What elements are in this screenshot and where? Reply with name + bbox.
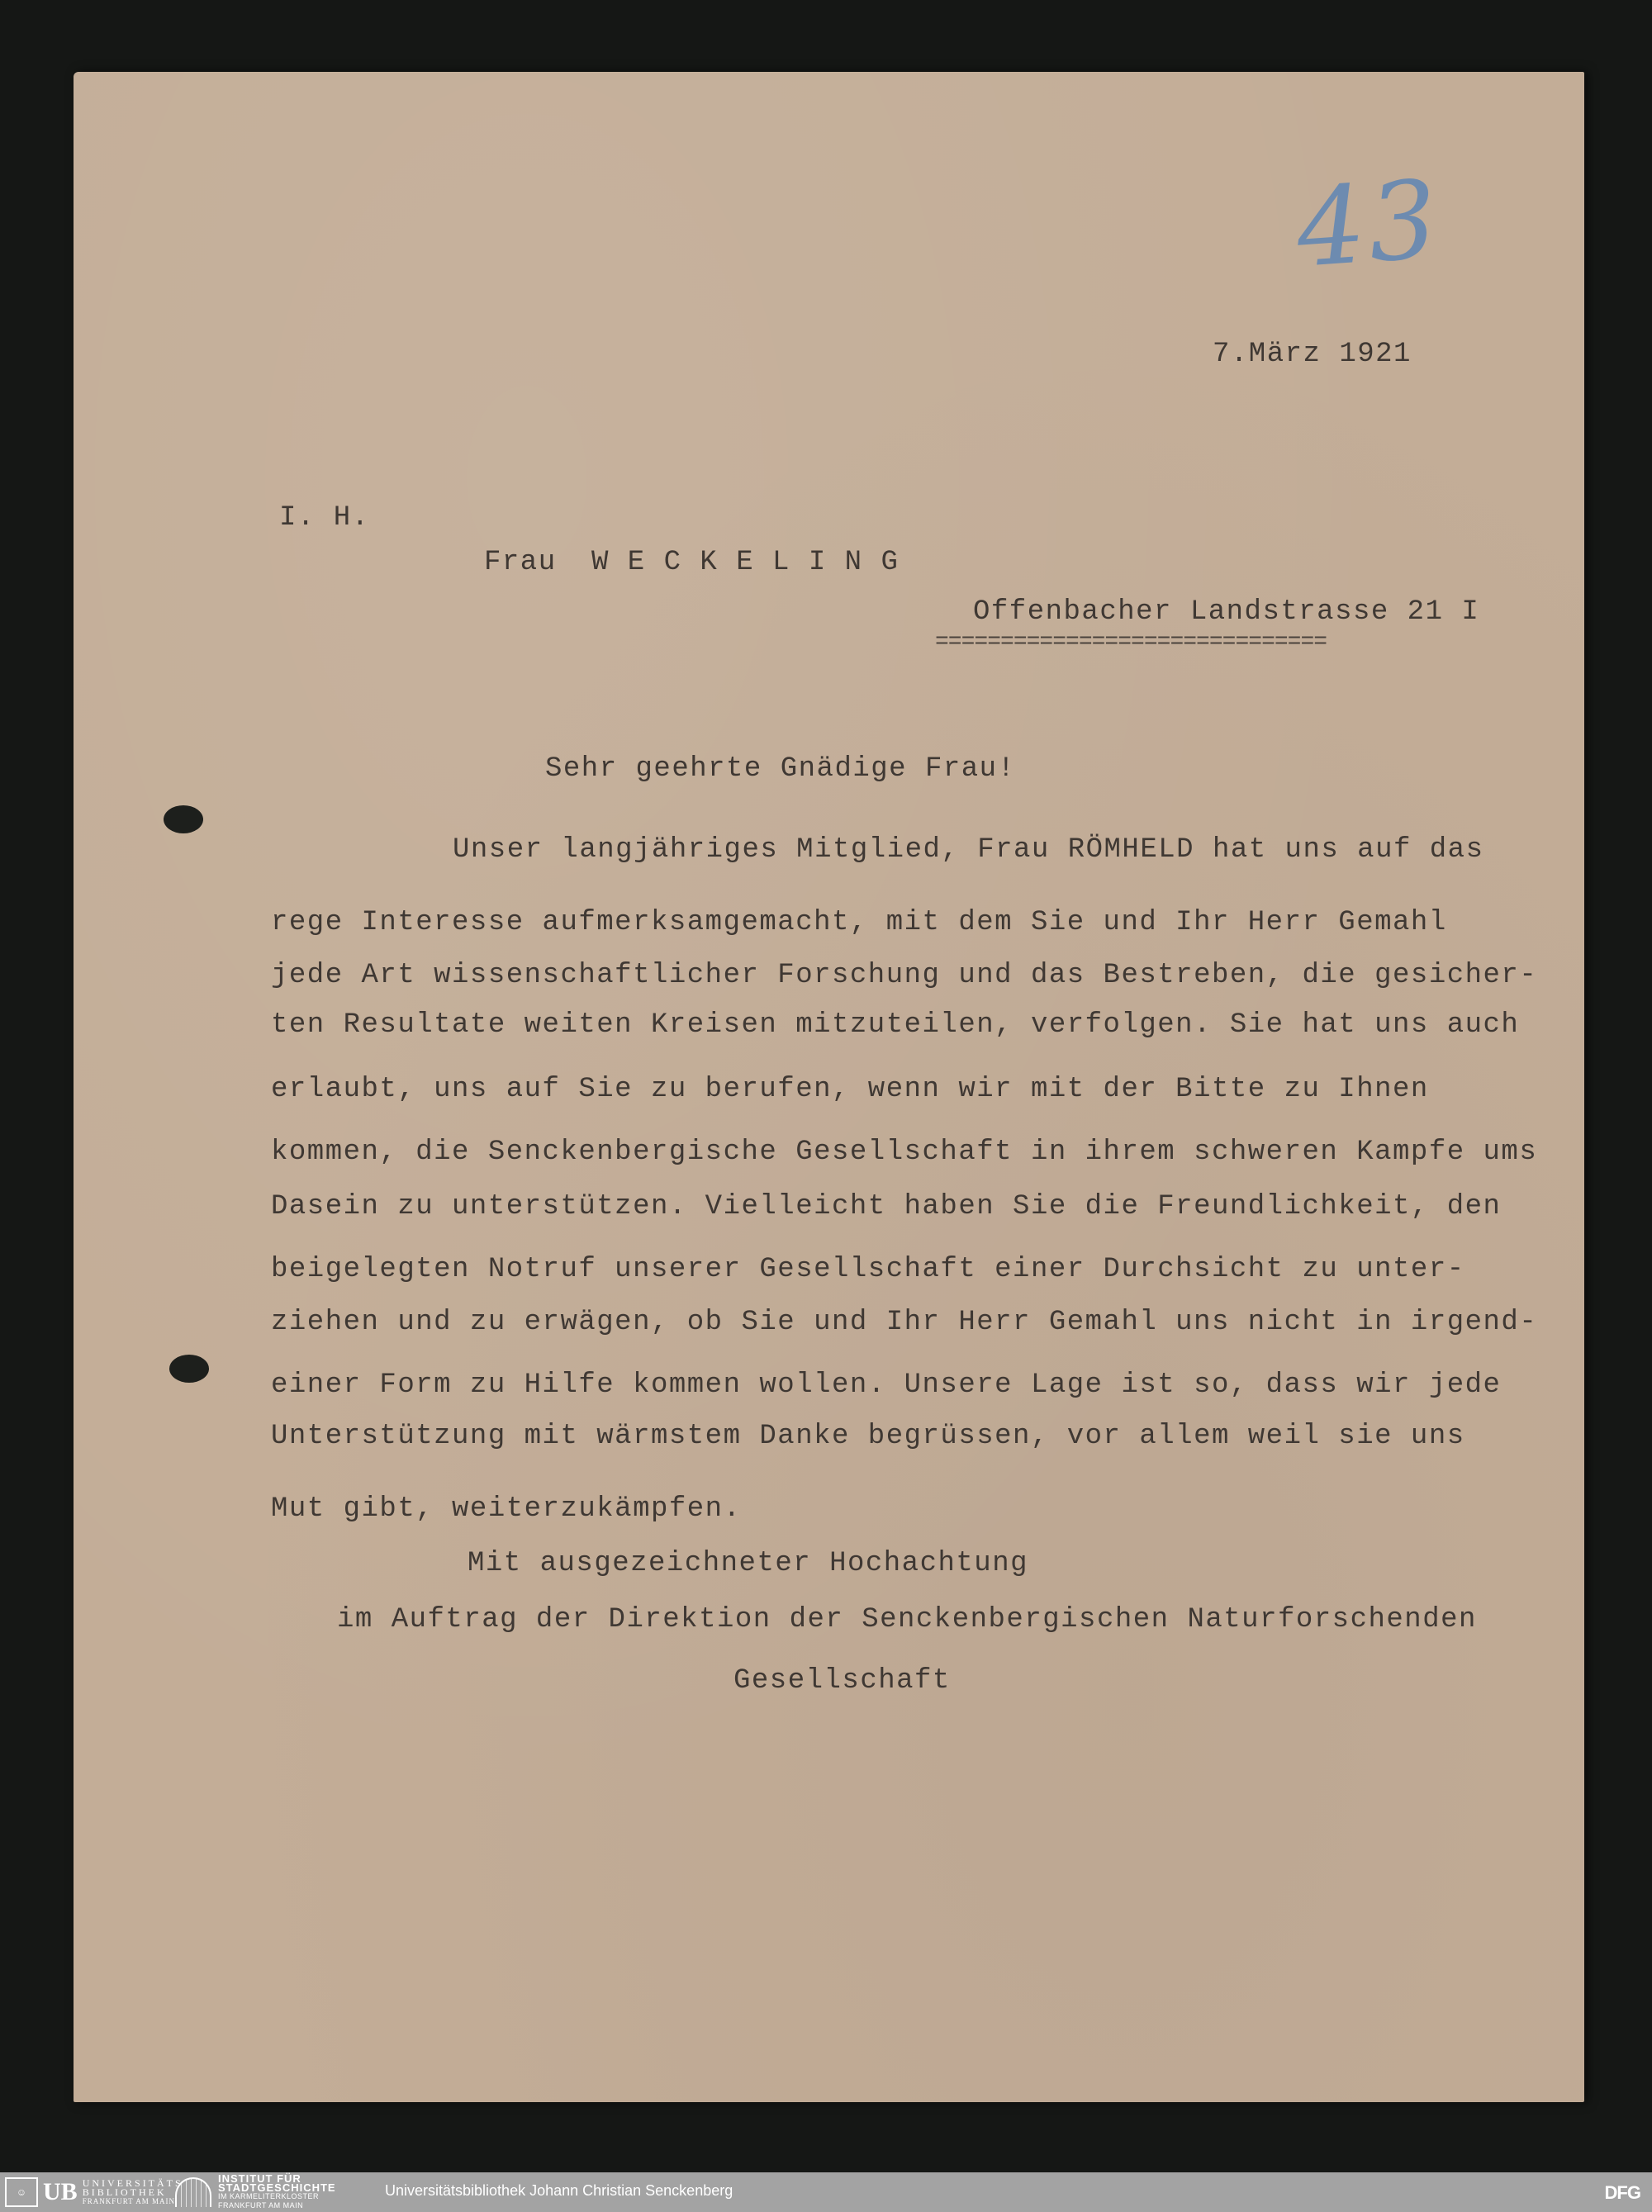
recipient-title: Frau bbox=[484, 547, 557, 578]
isg-line-3: IM KARMELITERKLOSTER bbox=[218, 2192, 336, 2201]
body-line: ziehen und zu erwägen, ob Sie und Ihr He… bbox=[271, 1307, 1537, 1338]
footer-title: Universitätsbibliothek Johann Christian … bbox=[385, 2182, 733, 2200]
ub-line-3: FRANKFURT AM MAIN bbox=[83, 2197, 183, 2206]
body-line: Unser langjähriges Mitglied, Frau RÖMHEL… bbox=[453, 834, 1484, 866]
church-arch-icon bbox=[175, 2177, 211, 2207]
punch-hole-top bbox=[164, 805, 203, 833]
isg-logo[interactable]: INSTITUT FÜR STADTGESCHICHTE IM KARMELIT… bbox=[175, 2177, 336, 2207]
ub-line-2: BIBLIOTHEK bbox=[83, 2188, 183, 2197]
dfg-logo[interactable]: DFG bbox=[1605, 2182, 1640, 2204]
body-line: Unterstützung mit wärmstem Danke begrüss… bbox=[271, 1421, 1465, 1452]
senckenberg-portrait-icon: ☺ bbox=[5, 2177, 38, 2207]
folio-number: 43 bbox=[1293, 156, 1445, 292]
letter-date: 7.März 1921 bbox=[1213, 339, 1412, 370]
isg-line-2: STADTGESCHICHTE bbox=[218, 2183, 336, 2192]
body-line: einer Form zu Hilfe kommen wollen. Unser… bbox=[271, 1369, 1501, 1401]
recipient-address: Offenbacher Landstrasse 21 I bbox=[973, 596, 1479, 628]
address-underline: ============================== bbox=[935, 629, 1327, 655]
salutation-prefix: I. H. bbox=[279, 502, 370, 534]
isg-line-4: FRANKFURT AM MAIN bbox=[218, 2201, 336, 2210]
signature-line-1: im Auftrag der Direktion der Senckenberg… bbox=[337, 1604, 1477, 1635]
body-line: Mut gibt, weiterzukämpfen. bbox=[271, 1493, 742, 1525]
body-line: jede Art wissenschaftlicher Forschung un… bbox=[271, 960, 1537, 991]
body-line: Dasein zu unterstützen. Vielleicht haben… bbox=[271, 1191, 1501, 1222]
ub-logo[interactable]: ☺ UB UNIVERSITÄTS BIBLIOTHEK FRANKFURT A… bbox=[5, 2177, 183, 2207]
body-line: beigelegten Notruf unserer Gesellschaft … bbox=[271, 1254, 1465, 1285]
viewer-footer: ☺ UB UNIVERSITÄTS BIBLIOTHEK FRANKFURT A… bbox=[0, 2172, 1652, 2212]
greeting: Sehr geehrte Gnädige Frau! bbox=[545, 753, 1016, 785]
recipient-name: W E C K E L I N G bbox=[591, 547, 899, 578]
body-line: erlaubt, uns auf Sie zu berufen, wenn wi… bbox=[271, 1074, 1429, 1105]
signature-line-2: Gesellschaft bbox=[733, 1665, 951, 1697]
ub-letters: UB bbox=[43, 2178, 78, 2206]
punch-hole-bottom bbox=[169, 1355, 209, 1383]
body-line: rege Interesse aufmerksamgemacht, mit de… bbox=[271, 907, 1447, 938]
body-line: kommen, die Senckenbergische Gesellschaf… bbox=[271, 1137, 1537, 1168]
body-line: ten Resultate weiten Kreisen mitzuteilen… bbox=[271, 1009, 1519, 1041]
closing: Mit ausgezeichneter Hochachtung bbox=[468, 1548, 1028, 1579]
